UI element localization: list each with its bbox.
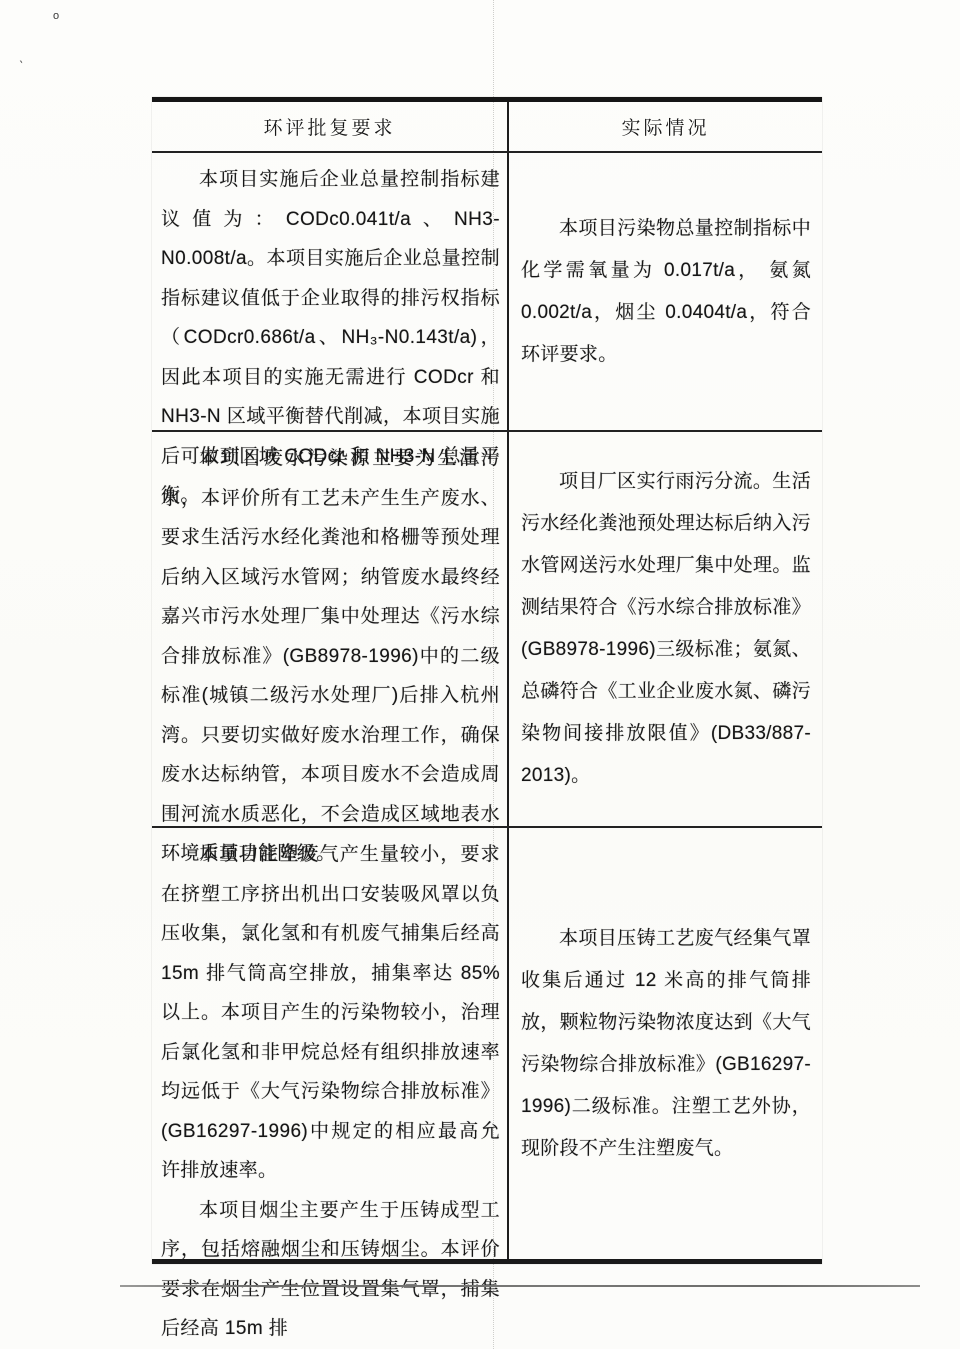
eia-comparison-table: 环评批复要求 实际情况 本项目实施后企业总量控制指标建议值为：CODc0.041… [152, 97, 822, 1264]
actual-paragraph: 项目厂区实行雨污分流。生活污水经化粪池预处理达标后纳入污水管网送污水处理厂集中处… [521, 461, 811, 797]
actual-paragraph: 本项目污染物总量控制指标中化学需氧量为 0.017t/a， 氨氮 0.002t/… [521, 208, 811, 376]
requirement-paragraph: 本项目废水污染源主要为生活污水，本评价所有工艺未产生生产废水、要求生活污水经化粪… [161, 439, 500, 874]
table-row: 本项目实施后企业总量控制指标建议值为：CODc0.041t/a、NH3-N0.0… [152, 153, 822, 432]
actual-cell: 本项目污染物总量控制指标中化学需氧量为 0.017t/a， 氨氮 0.002t/… [509, 153, 822, 430]
actual-paragraph: 本项目压铸工艺废气经集气罩收集后通过 12 米高的排气筒排放，颗粒物污染物浓度达… [521, 918, 811, 1170]
scanned-document-page: o ` 环评批复要求 实际情况 本项目实施后企业总量控制指标建议值为：CODc0… [0, 0, 960, 1349]
actual-cell: 项目厂区实行雨污分流。生活污水经化粪池预处理达标后纳入污水管网送污水处理厂集中处… [509, 432, 822, 826]
table-header-row: 环评批复要求 实际情况 [152, 102, 822, 153]
scan-speck: o [53, 10, 59, 22]
column-title-requirement: 环评批复要求 [263, 113, 395, 140]
requirement-cell: 本项目实施后企业总量控制指标建议值为：CODc0.041t/a、NH3-N0.0… [152, 153, 509, 430]
requirement-cell: 本项目注塑废气产生量较小，要求在挤塑工序挤出机出口安装吸风罩以负压收集，氯化氢和… [152, 828, 509, 1259]
requirement-cell: 本项目废水污染源主要为生活污水，本评价所有工艺未产生生产废水、要求生活污水经化粪… [152, 432, 509, 826]
actual-cell: 本项目压铸工艺废气经集气罩收集后通过 12 米高的排气筒排放，颗粒物污染物浓度达… [509, 828, 822, 1259]
page-footer-rule [120, 1285, 920, 1287]
header-cell-actual: 实际情况 [509, 102, 822, 151]
column-title-actual: 实际情况 [621, 113, 709, 140]
table-row: 本项目废水污染源主要为生活污水，本评价所有工艺未产生生产废水、要求生活污水经化粪… [152, 432, 822, 828]
header-cell-requirement: 环评批复要求 [152, 102, 509, 151]
requirement-paragraph: 本项目注塑废气产生量较小，要求在挤塑工序挤出机出口安装吸风罩以负压收集，氯化氢和… [161, 835, 500, 1191]
scan-speck: ` [16, 58, 24, 75]
requirement-paragraph: 本项目烟尘主要产生于压铸成型工序，包括熔融烟尘和压铸烟尘。本评价要求在烟尘产生位… [161, 1191, 500, 1349]
table-row: 本项目注塑废气产生量较小，要求在挤塑工序挤出机出口安装吸风罩以负压收集，氯化氢和… [152, 828, 822, 1259]
